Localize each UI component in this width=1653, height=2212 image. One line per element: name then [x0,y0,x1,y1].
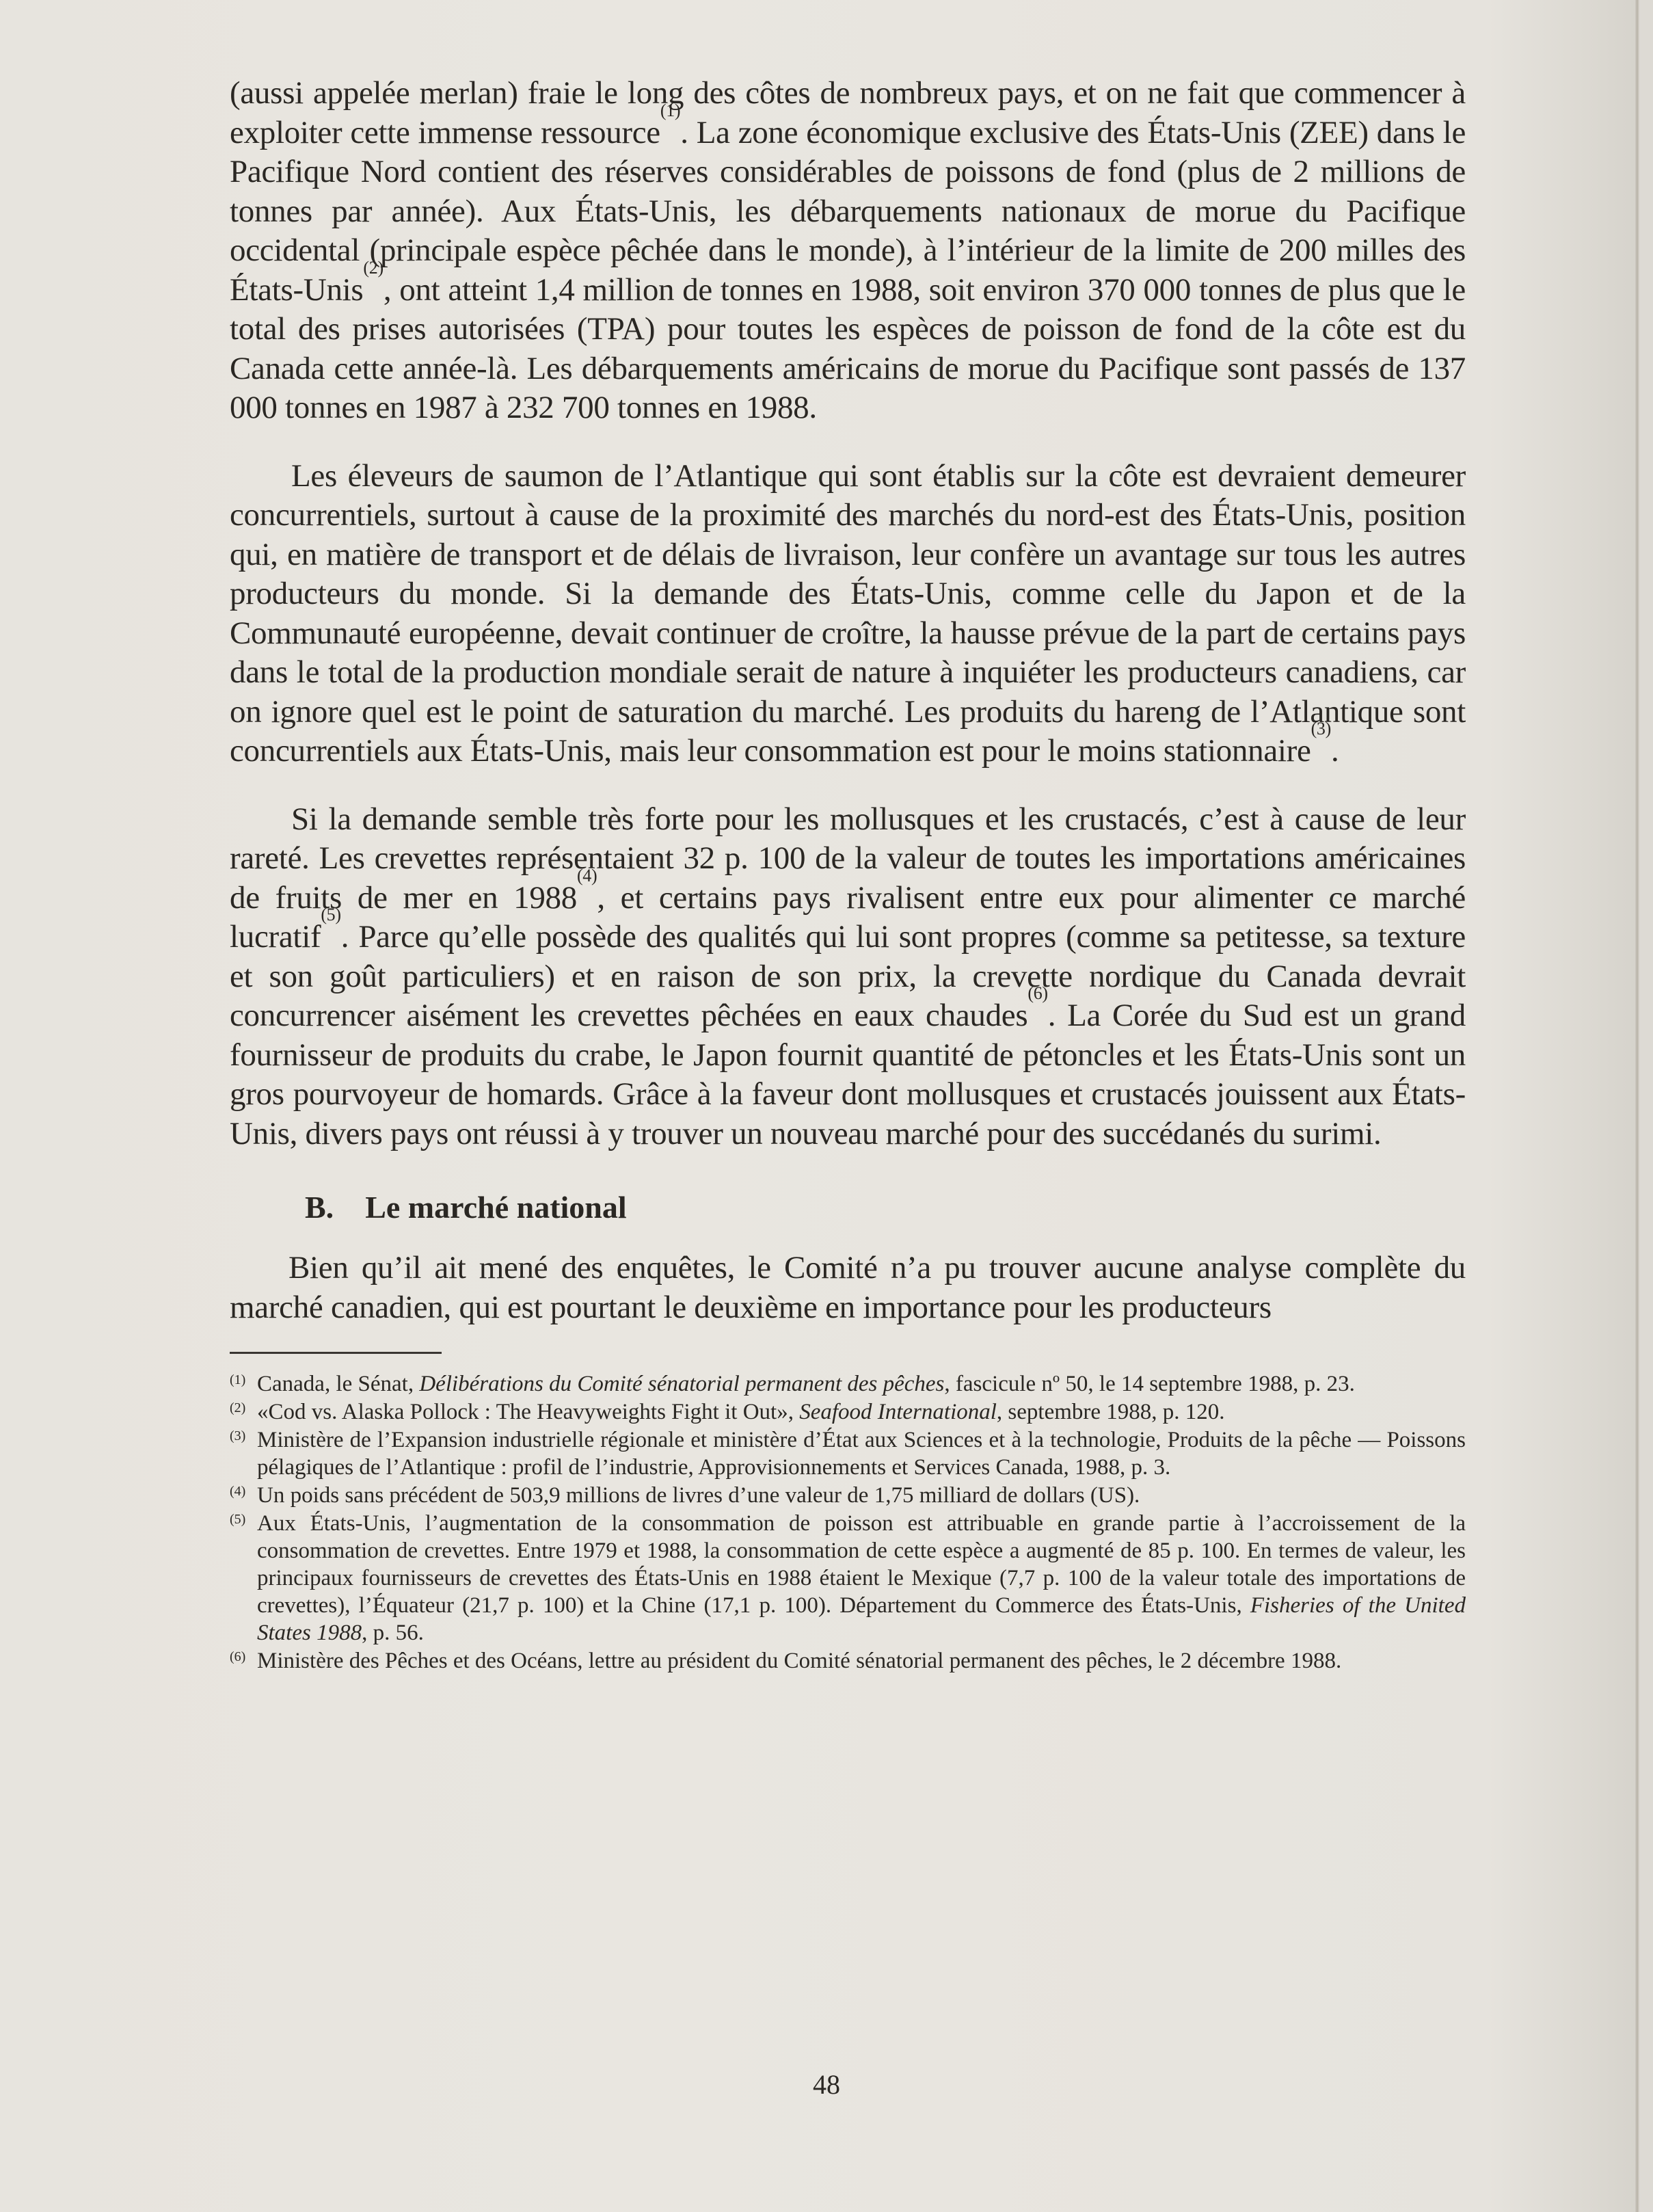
footnote-number: (1) [230,1366,245,1394]
footnote-reference: (5) [321,905,340,924]
footnote-number: (5) [230,1506,245,1533]
footnote-reference: (4) [577,866,597,885]
section-heading: B. Le marché national [305,1189,1466,1225]
footnote-reference: (3) [1311,719,1331,738]
section-title: Le marché national [365,1189,626,1225]
paragraph-1: (aussi appelée merlan) fraie le long des… [230,74,1466,428]
section-paragraph: Bien qu’il ait mené des enquêtes, le Com… [230,1249,1466,1327]
paragraph-2: Les éleveurs de saumon de l’Atlantique q… [230,457,1466,771]
footnote-5: (5)Aux États-Unis, l’augmentation de la … [230,1510,1466,1647]
book-spine-shadow [1635,0,1639,2212]
footnote-2: (2)«Cod vs. Alaska Pollock : The Heavywe… [230,1398,1466,1426]
footnote-reference: (2) [363,258,383,278]
page-number: 48 [0,2068,1653,2101]
footnote-1: (1)Canada, le Sénat, Délibérations du Co… [230,1370,1466,1398]
footnote-number: (6) [230,1643,245,1670]
footnote-reference: (1) [660,101,680,120]
scanned-page: (aussi appelée merlan) fraie le long des… [0,0,1653,2212]
page-content: (aussi appelée merlan) fraie le long des… [230,74,1466,1675]
footnote-divider [230,1352,442,1354]
footnote-number: (2) [230,1394,245,1422]
italic-title: Seafood International [799,1400,997,1424]
footnote-number: (3) [230,1422,245,1450]
italic-title: Délibérations du Comité sénatorial perma… [419,1372,944,1396]
page-edge [1639,0,1653,2212]
section-letter: B. [305,1189,334,1225]
footnote-6: (6)Ministère des Pêches et des Océans, l… [230,1647,1466,1675]
footnote-number: (4) [230,1478,245,1505]
footnote-3: (3)Ministère de l’Expansion industrielle… [230,1426,1466,1481]
footnote-reference: (6) [1027,983,1047,1003]
footnotes: (1)Canada, le Sénat, Délibérations du Co… [230,1370,1466,1675]
footnote-4: (4)Un poids sans précédent de 503,9 mill… [230,1482,1466,1509]
italic-title: Fisheries of the United States 1988 [257,1593,1466,1645]
paragraph-3: Si la demande semble très forte pour les… [230,800,1466,1154]
